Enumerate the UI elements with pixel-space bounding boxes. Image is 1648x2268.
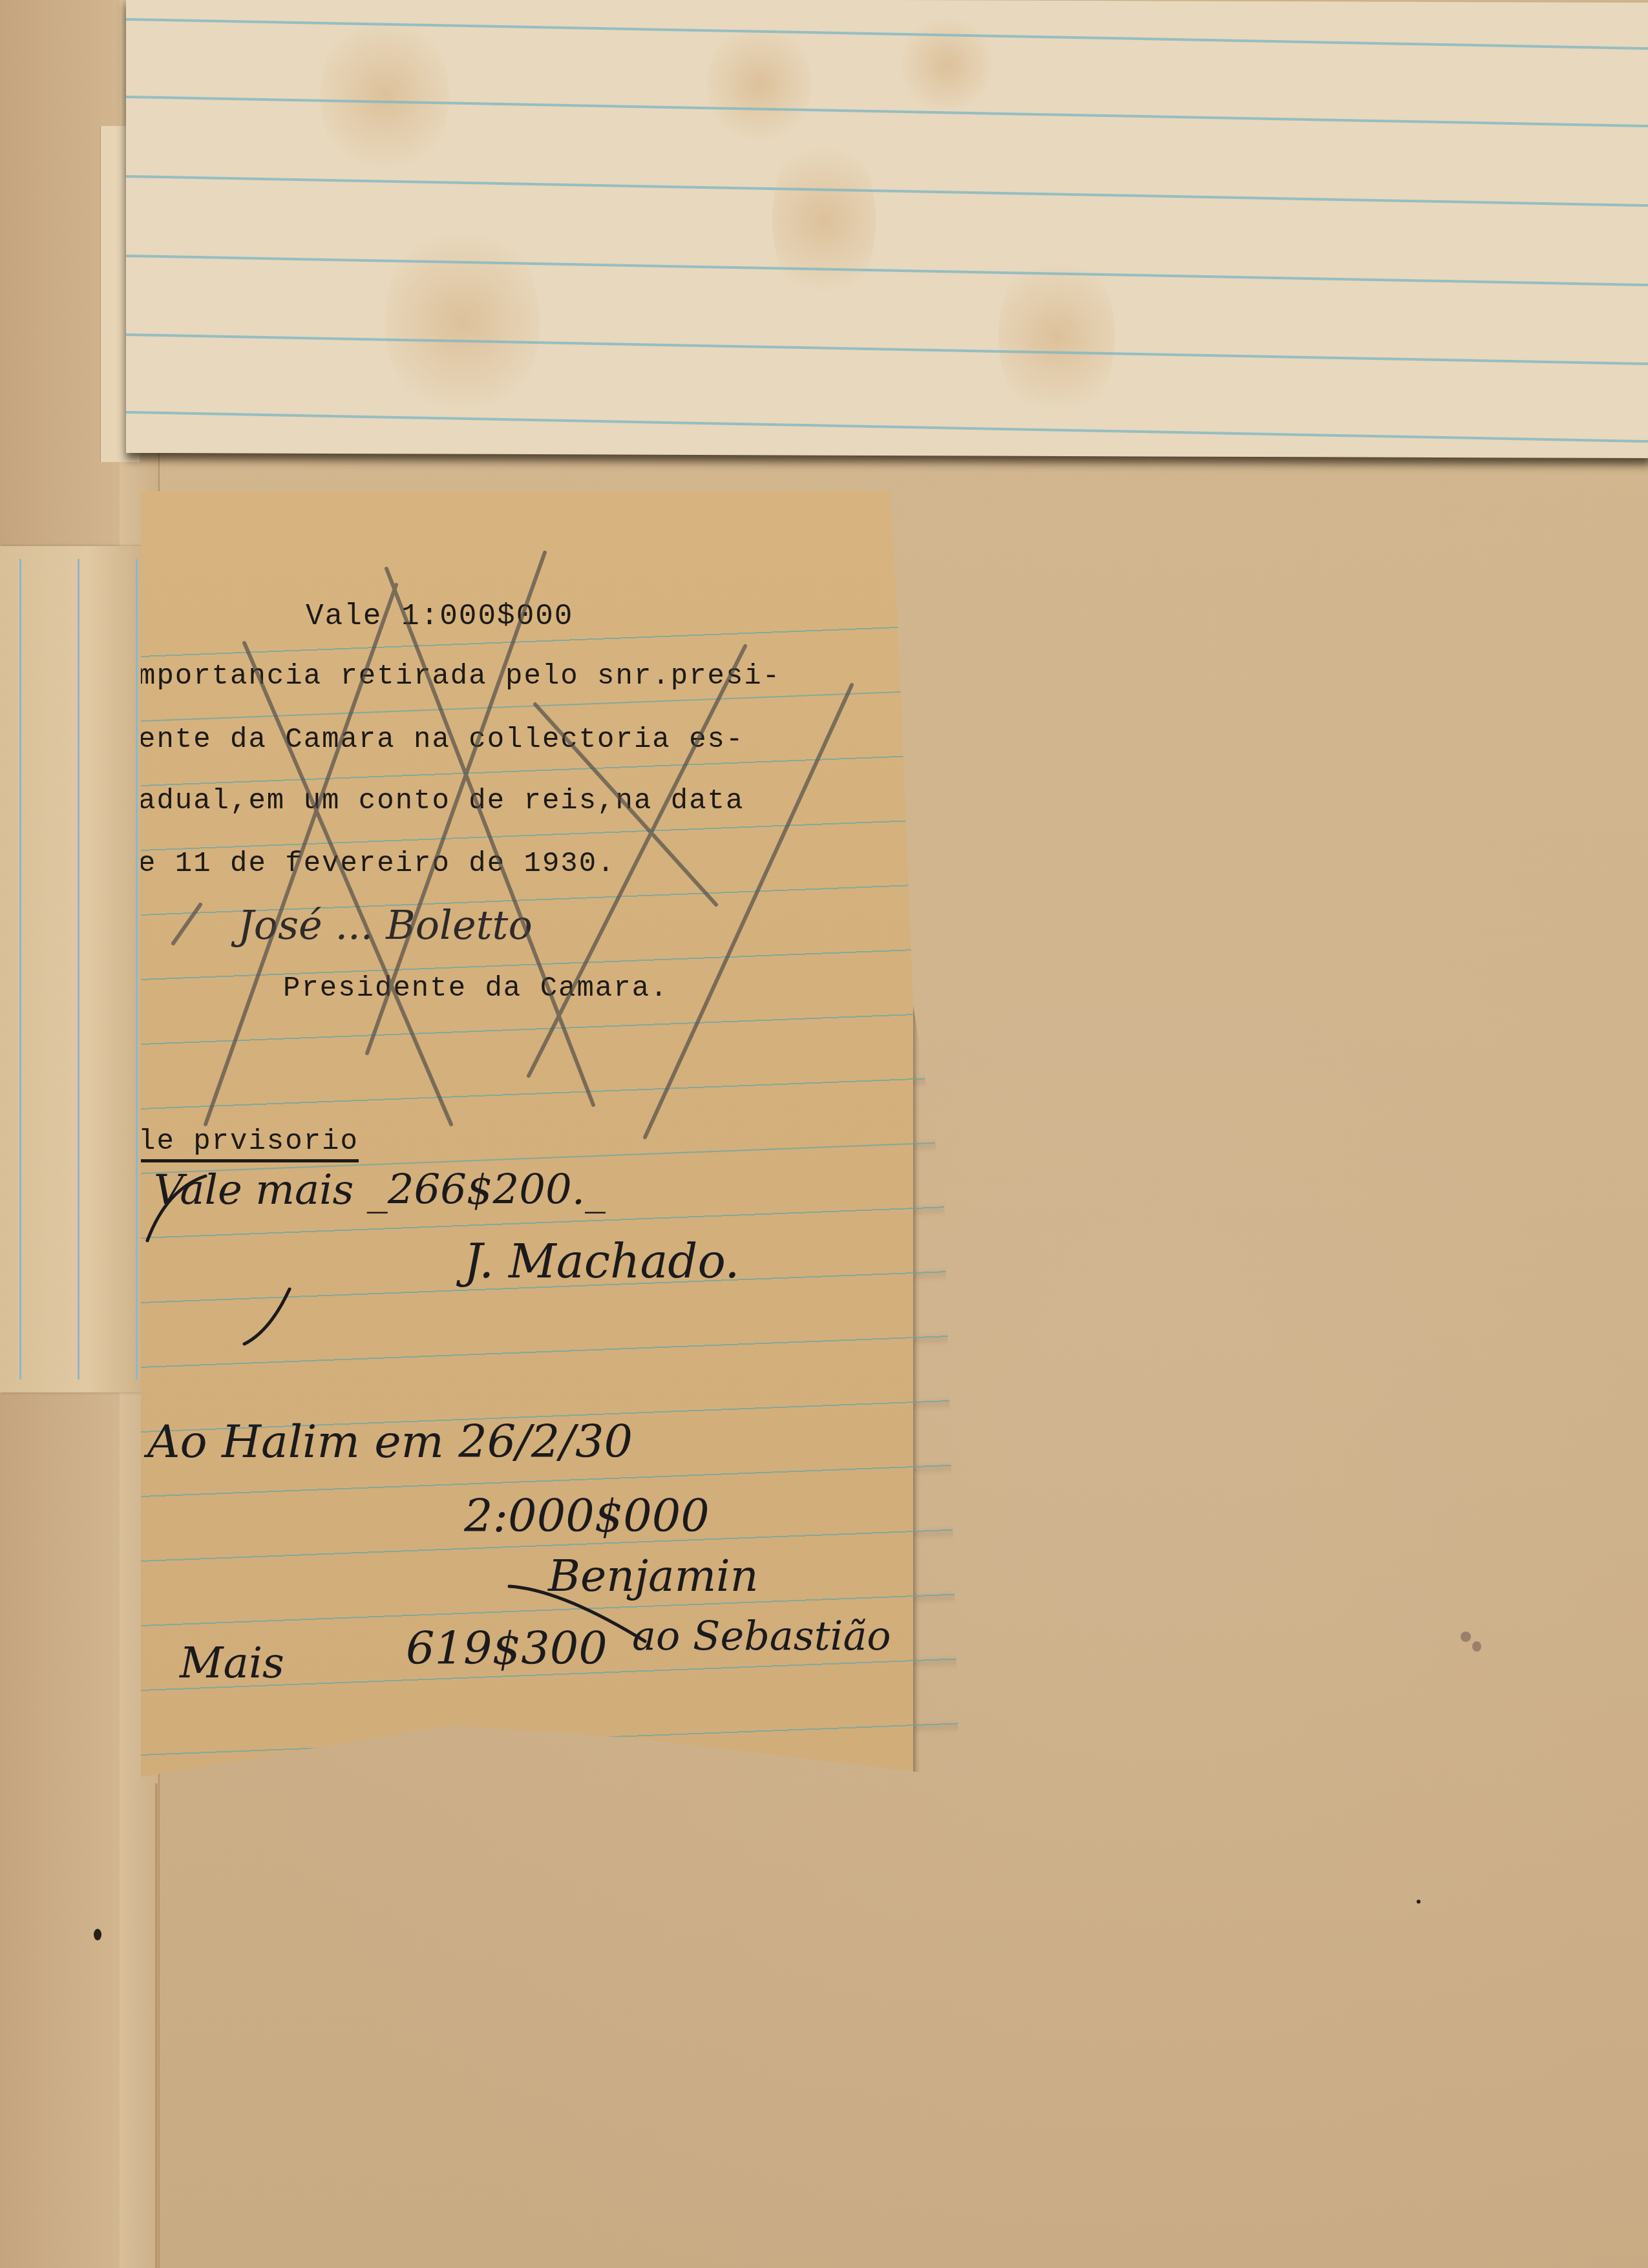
stain-spot: [1472, 1641, 1481, 1652]
president-signature: José ... Boletto: [238, 901, 533, 949]
typed-line-1: mportancia retirada pelo snr.presi-: [138, 660, 781, 693]
handwritten-ao-halim: Ao Halim em 26/2/30: [147, 1415, 633, 1468]
section-label: le prvisorio: [138, 1126, 359, 1162]
left-lined-strip: [0, 546, 147, 1392]
receipt-slip: Vale 1:000$000 mportancia retirada pelo …: [141, 491, 913, 1777]
ink-speck: [94, 1929, 101, 1940]
handwritten-amount-619: 619$300: [406, 1622, 607, 1675]
handwritten-vale-mais: Vale mais _266$200._: [154, 1166, 606, 1214]
handwritten-mais: Mais: [180, 1638, 284, 1688]
typed-line-3: adual,em um conto de reis,na data: [138, 785, 744, 817]
page-crease: [155, 1783, 158, 2268]
stain-spot: [1461, 1632, 1471, 1642]
receipt-heading: Vale 1:000$000: [306, 600, 573, 633]
ink-speck: [1417, 1900, 1421, 1904]
handwritten-amount-2000: 2:000$000: [464, 1489, 710, 1542]
typed-line-4: e 11 de fevereiro de 1930.: [138, 848, 616, 880]
signer-title: Presidente da Camara.: [283, 972, 669, 1005]
handwritten-ao-sebastiao: ao Sebastião: [632, 1612, 891, 1659]
signature-machado: J. Machado.: [464, 1234, 739, 1288]
typed-line-2: ente da Camara na collectoria es-: [138, 724, 744, 756]
signature-benjamin: Benjamin: [548, 1551, 759, 1602]
top-lined-sheet: [126, 0, 1648, 458]
